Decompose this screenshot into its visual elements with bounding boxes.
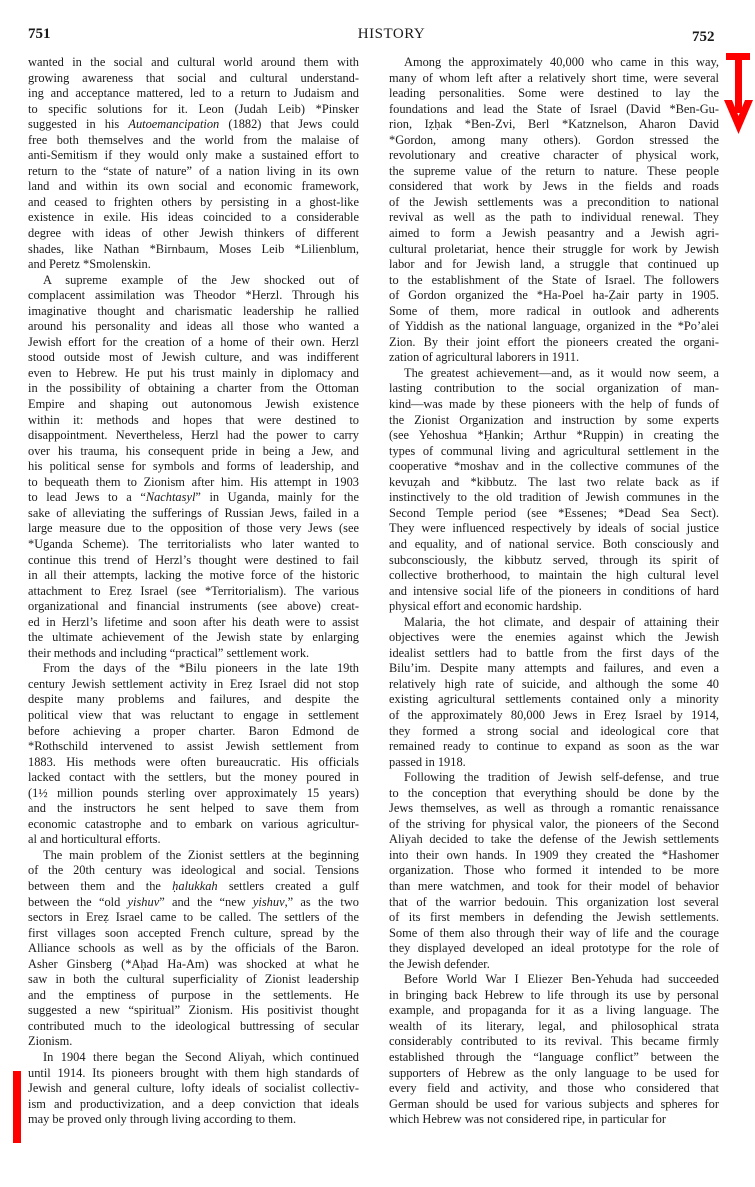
- text-line: supporters of Hebrew as the only languag…: [389, 1066, 719, 1082]
- right-column: Among the approximately 40,000 who came …: [389, 55, 719, 1128]
- text-line: over his trauma, his consequent pride in…: [28, 444, 359, 460]
- text-line: despite many problems and failures, and …: [28, 692, 359, 708]
- text-line: degree with ideas of other Jewish thinke…: [28, 226, 359, 242]
- text-line: Following the tradition of Jewish self-d…: [389, 770, 719, 786]
- text-line: to the conception that everything should…: [389, 786, 719, 802]
- text-line: contributed much to the ideological butt…: [28, 1019, 359, 1035]
- text-line: many of whom left after a relatively sho…: [389, 71, 719, 87]
- text-line: the Jewish defender.: [389, 957, 719, 973]
- text-line: first villages soon accepted French cult…: [28, 926, 359, 942]
- text-line: leading personalities. Some were destine…: [389, 86, 719, 102]
- text-line: kevuẓah and *kibbutz. The last two relat…: [389, 475, 719, 491]
- text-line: objectives were the enemies against whic…: [389, 630, 719, 646]
- paragraph: Before World War I Eliezer Ben-Yehuda ha…: [389, 972, 719, 1127]
- text-line: lasting contribution to the social organ…: [389, 381, 719, 397]
- text-line: Alliance schools as well as by the offic…: [28, 941, 359, 957]
- text-line: considerably contributed to its revival.…: [389, 1034, 719, 1050]
- text-line: into their own hands. In 1909 they creat…: [389, 848, 719, 864]
- text-line: even to Hebrew. He put his trust mainly …: [28, 366, 359, 382]
- paragraph: wanted in the social and cultural world …: [28, 55, 359, 273]
- text-line: of Yiddish as the national language, org…: [389, 319, 719, 335]
- text-line: large measure due to the opposition of t…: [28, 521, 359, 537]
- text-line: *Uganda Scheme). The territorialists who…: [28, 537, 359, 553]
- text-line: and the instructors he sent helped to sa…: [28, 801, 359, 817]
- text-line: labor and for Jewish land, a struggle th…: [389, 257, 719, 273]
- text-line: zation of agricultural laborers in 1911.: [389, 350, 719, 366]
- text-line: remained ready to continue to expand as …: [389, 739, 719, 755]
- text-line: *Gordon, among many others). Gordon stre…: [389, 133, 719, 149]
- text-line: Second Temple period (see *Essenes; *Dea…: [389, 506, 719, 522]
- text-line: foundations and lead the State of Israel…: [389, 102, 719, 118]
- text-line: the ultimate achievement of the Jewish s…: [28, 630, 359, 646]
- text-line: Among the approximately 40,000 who came …: [389, 55, 719, 71]
- text-line: In 1904 there began the Second Aliyah, w…: [28, 1050, 359, 1066]
- text-line: to lead Jews to a “Nachtasyl” in Uganda,…: [28, 490, 359, 506]
- text-line: within it: methods and hopes that were d…: [28, 413, 359, 429]
- text-line: every field and activity, and those who …: [389, 1081, 719, 1097]
- text-line: rion, Iẓḥak *Ben-Zvi, Berl *Katznelson, …: [389, 117, 719, 133]
- text-line: complacent assimilation was Theodor *Her…: [28, 288, 359, 304]
- text-line: Aliyah decided to take the defense of th…: [389, 832, 719, 848]
- text-line: 1883. His methods were often bureaucrati…: [28, 755, 359, 771]
- paragraph: In 1904 there began the Second Aliyah, w…: [28, 1050, 359, 1128]
- text-line: sectors in Ereẓ Israel came to be called…: [28, 910, 359, 926]
- text-line: century Jewish settlement activity in Er…: [28, 677, 359, 693]
- text-line: Some of them, more radical in outlook an…: [389, 304, 719, 320]
- text-line: organizational and financial instruments…: [28, 599, 359, 615]
- text-line: between the “old yishuv” and the “new yi…: [28, 895, 359, 911]
- text-line: Before World War I Eliezer Ben-Yehuda ha…: [389, 972, 719, 988]
- text-line: Some of them also through their way of l…: [389, 926, 719, 942]
- text-line: ism and productivization, and a deep con…: [28, 1097, 359, 1113]
- text-line: anti-Semitism if they would only make a …: [28, 148, 359, 164]
- text-line: attachment to Ereẓ Israel (see *Territor…: [28, 584, 359, 600]
- text-line: passed in 1918.: [389, 755, 719, 771]
- text-line: aimed to form a Jewish peasantry and a J…: [389, 226, 719, 242]
- text-line: of the Jewish settlements was a precondi…: [389, 195, 719, 211]
- text-line: Jewish effort for the creation of a home…: [28, 335, 359, 351]
- text-line: German should be used for various subjec…: [389, 1097, 719, 1113]
- text-line: wanted in the social and cultural world …: [28, 55, 359, 71]
- text-line: the supreme value of the return to natur…: [389, 164, 719, 180]
- text-line: until 1914. Its pioneers brought with th…: [28, 1066, 359, 1082]
- text-line: From the days of the *Bilu pioneers in t…: [28, 661, 359, 677]
- text-line: to the establishment of the State of Isr…: [389, 273, 719, 289]
- text-line: revival as well as the path to individua…: [389, 210, 719, 226]
- text-line: of the striving for physical valor, the …: [389, 817, 719, 833]
- text-line: (1½ million pounds sterling over approxi…: [28, 786, 359, 802]
- text-line: The main problem of the Zionist settlers…: [28, 848, 359, 864]
- text-line: between them and the ḥalukkah settlers c…: [28, 879, 359, 895]
- text-line: to specific solutions for it. Leon (Juda…: [28, 102, 359, 118]
- text-line: their methods and including “practical” …: [28, 646, 359, 662]
- text-line: *Rothschild intervened to assist Jewish …: [28, 739, 359, 755]
- text-line: and the emptiness of purpose in the sett…: [28, 988, 359, 1004]
- text-line: revolutionary and creative character of …: [389, 148, 719, 164]
- text-line: before achieving a proper charter. Baron…: [28, 724, 359, 740]
- text-line: and intensive social life of the pioneer…: [389, 584, 719, 600]
- paragraph: The main problem of the Zionist settlers…: [28, 848, 359, 1050]
- text-line: Asher Ginsberg (*Aḥad Ha-Am) was shocked…: [28, 957, 359, 973]
- text-line: and ceased to frighten others by persist…: [28, 195, 359, 211]
- paragraph: Among the approximately 40,000 who came …: [389, 55, 719, 366]
- text-line: the Zionist Organization and instruction…: [389, 413, 719, 429]
- text-line: his political sense for symbols and form…: [28, 459, 359, 475]
- text-line: of the 20th century was ideological and …: [28, 863, 359, 879]
- text-line: Zion. By their joint effort the pioneers…: [389, 335, 719, 351]
- text-line: may be proved only through living accord…: [28, 1112, 359, 1128]
- text-line: Jewish and general culture, lofty ideals…: [28, 1081, 359, 1097]
- red-margin-bar: [13, 1071, 21, 1143]
- text-line: idealist settlers had to battle from the…: [389, 646, 719, 662]
- text-line: land and within its own social and econo…: [28, 179, 359, 195]
- text-line: lacked contact with the settlers, but th…: [28, 770, 359, 786]
- text-line: in the possibility of obtaining a charte…: [28, 381, 359, 397]
- text-line: (see Yehoshua *Ḥankin; Arthur *Ruppin) i…: [389, 428, 719, 444]
- paragraph: Malaria, the hot climate, and despair of…: [389, 615, 719, 770]
- text-line: and Peretz *Smolenskin.: [28, 257, 359, 273]
- text-line: collective brotherhood, to maintain the …: [389, 568, 719, 584]
- text-line: that of the warrior bedouin. This organi…: [389, 895, 719, 911]
- text-line: existence in exile. His ideas coincided …: [28, 210, 359, 226]
- text-line: they displayed developed an ideal protot…: [389, 941, 719, 957]
- text-line: in all their attempts, lacking the motiv…: [28, 568, 359, 584]
- text-line: growing awareness that social and cultur…: [28, 71, 359, 87]
- text-line: disappointment. Nevertheless, Herzl had …: [28, 428, 359, 444]
- text-line: in bringing back Hebrew to life through …: [389, 988, 719, 1004]
- paragraph: The greatest achievement—and, as it woul…: [389, 366, 719, 615]
- text-line: kind—was made by these pioneers with the…: [389, 397, 719, 413]
- paragraph: Following the tradition of Jewish self-d…: [389, 770, 719, 972]
- text-line: to bequeath them to Zionism after him. H…: [28, 475, 359, 491]
- text-line: than mere watchmen, and took for their m…: [389, 879, 719, 895]
- text-line: they formed a strong social and ideologi…: [389, 724, 719, 740]
- text-line: saw in both the cultural superficiality …: [28, 972, 359, 988]
- text-line: cooperative *moshav and in the collectiv…: [389, 459, 719, 475]
- running-title: HISTORY: [28, 26, 755, 43]
- text-line: example, and propaganda for it as a livi…: [389, 1003, 719, 1019]
- text-line: Bilu’im. Despite many attempts and failu…: [389, 661, 719, 677]
- text-line: Zionism.: [28, 1034, 359, 1050]
- text-line: return to the “state of nature” of a nat…: [28, 164, 359, 180]
- text-line: physical effort and economic hardship.: [389, 599, 719, 615]
- red-down-arrow-icon: [723, 50, 755, 136]
- text-line: suggested in his Autoemancipation (1882)…: [28, 117, 359, 133]
- text-line: wealth of its literary, legal, and philo…: [389, 1019, 719, 1035]
- text-line: free both themselves and the world from …: [28, 133, 359, 149]
- text-line: types of communal living and agricultura…: [389, 444, 719, 460]
- paragraph: From the days of the *Bilu pioneers in t…: [28, 661, 359, 848]
- text-line: ing and acceptance mattered, led to a re…: [28, 86, 359, 102]
- text-line: imaginative thought and charismatic lead…: [28, 304, 359, 320]
- text-line: political view that was reluctant to eng…: [28, 708, 359, 724]
- text-line: considered that work by Jews in the fiel…: [389, 179, 719, 195]
- text-line: existing agricultural settlements contai…: [389, 692, 719, 708]
- text-line: sake of alleviating the sufferings of Ru…: [28, 506, 359, 522]
- text-line: shades, like Nathan *Birnbaum, Moses Lei…: [28, 242, 359, 258]
- text-line: relatively high rate of suicide, and alt…: [389, 677, 719, 693]
- text-line: which Hebrew was not considered ripe, in…: [389, 1112, 719, 1128]
- paragraph: A supreme example of the Jew shocked out…: [28, 273, 359, 662]
- text-line: They were influenced respectively by ide…: [389, 521, 719, 537]
- text-line: of the approximately 80,000 Jews in Ereẓ…: [389, 708, 719, 724]
- text-line: suggested a new “spiritual” Zionism. His…: [28, 1003, 359, 1019]
- text-line: economic catastrophe and to embark on va…: [28, 817, 359, 833]
- text-line: Malaria, the hot climate, and despair of…: [389, 615, 719, 631]
- text-line: cultural proletariat, hence their strugg…: [389, 242, 719, 258]
- right-page-number: 752: [692, 29, 715, 46]
- text-line: subconsciously, the kibbutz served, thro…: [389, 553, 719, 569]
- text-line: and equality, and of national service. B…: [389, 537, 719, 553]
- text-line: of its first members in defending the Je…: [389, 910, 719, 926]
- text-line: The greatest achievement—and, as it woul…: [389, 366, 719, 382]
- left-column: wanted in the social and cultural world …: [28, 55, 359, 1128]
- text-line: instinctively to the old tradition of Je…: [389, 490, 719, 506]
- text-line: ed in Herzl’s lifetime and soon after hi…: [28, 615, 359, 631]
- text-line: continue this trend of Herzl’s thought w…: [28, 553, 359, 569]
- text-line: al and horticultural efforts.: [28, 832, 359, 848]
- text-line: around his personality and ideas all tho…: [28, 319, 359, 335]
- text-line: of Gordon organized the *Ha-Poel ha-Ẓair…: [389, 288, 719, 304]
- text-line: stood outside most of Jewish culture, an…: [28, 350, 359, 366]
- text-line: A supreme example of the Jew shocked out…: [28, 273, 359, 289]
- text-line: established through the “language confli…: [389, 1050, 719, 1066]
- text-line: Empire and shaping out autonomous Jewish…: [28, 397, 359, 413]
- page-header: 751 HISTORY 752: [28, 26, 755, 48]
- text-line: organization. Those who formed it intend…: [389, 863, 719, 879]
- text-line: Jews themselves, as well as through a ro…: [389, 801, 719, 817]
